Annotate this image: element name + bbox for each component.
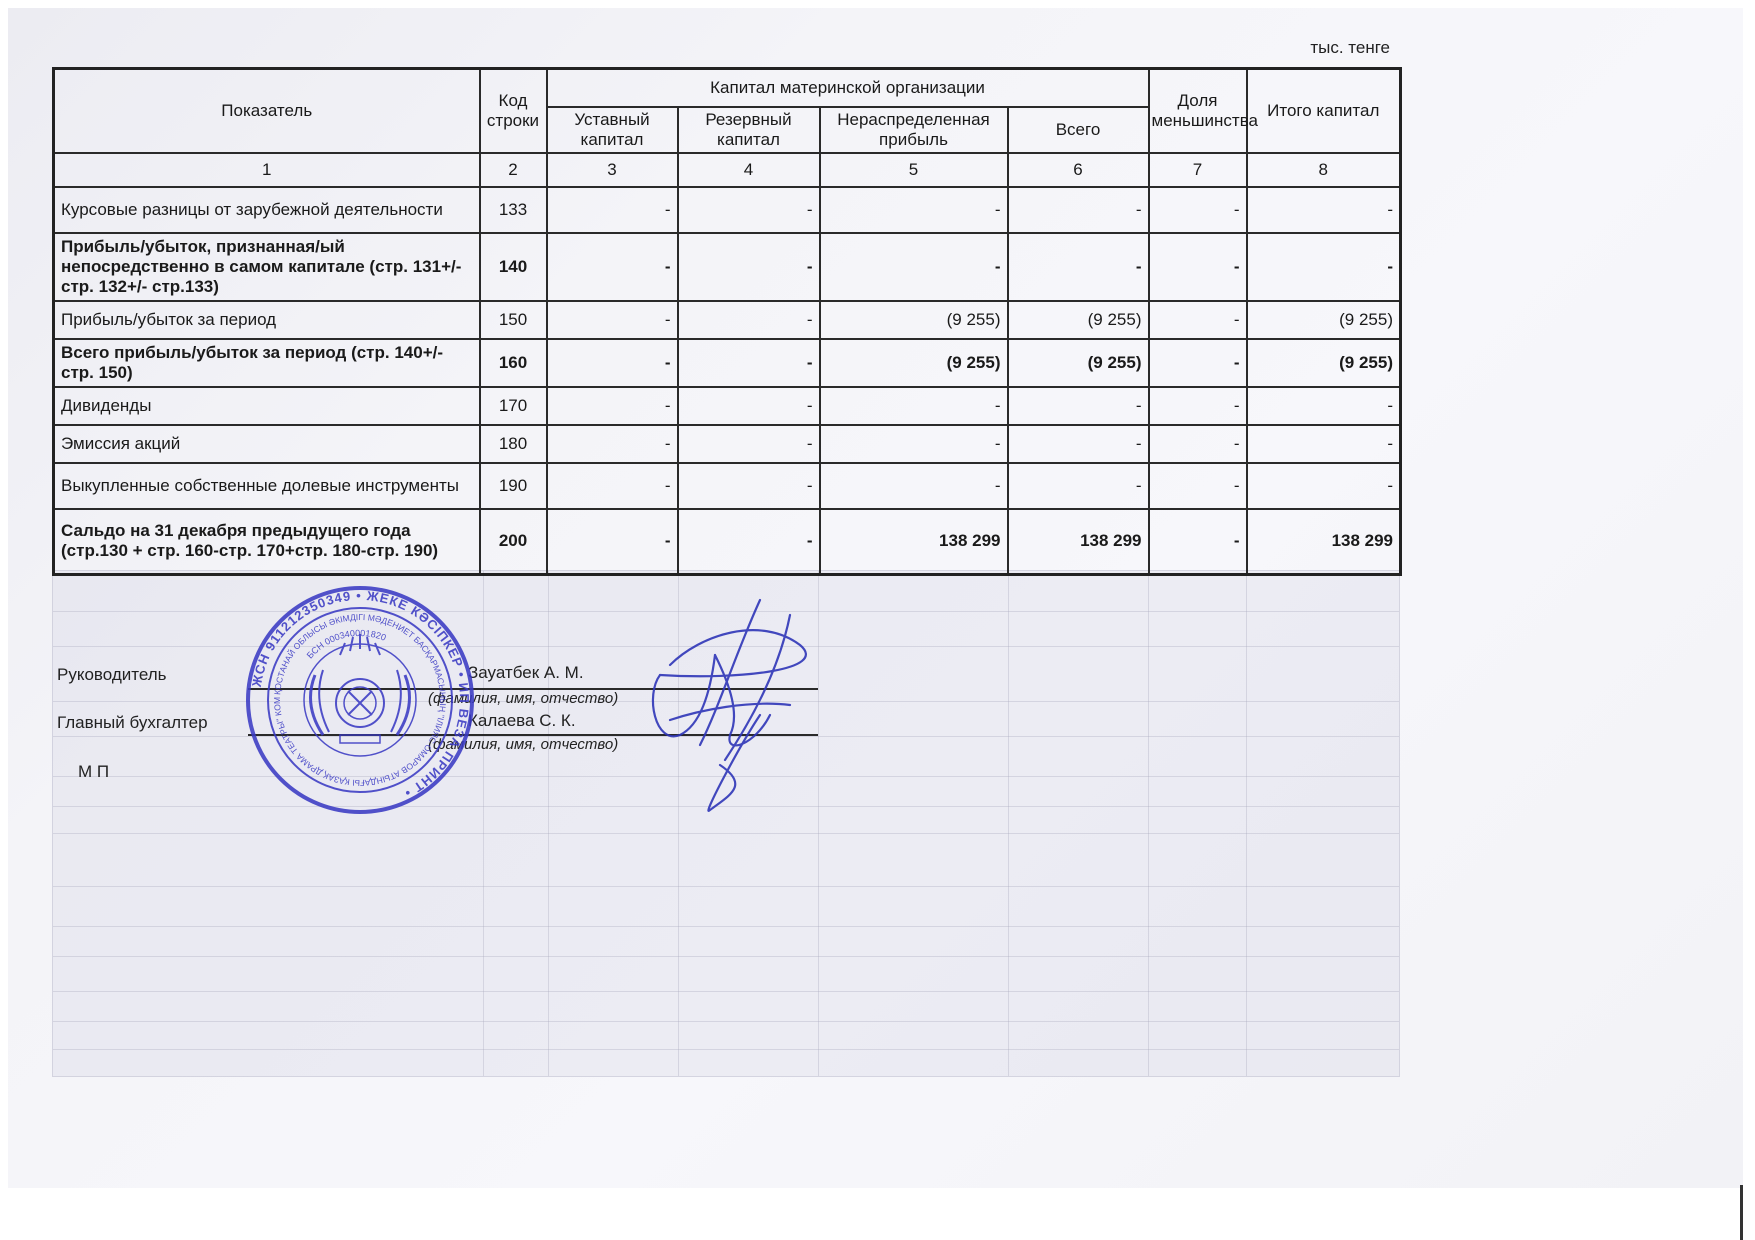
row-code: 190 [480,463,547,509]
row-value: - [1149,233,1247,301]
header-reserve-capital: Резервный капитал [678,107,820,153]
row-value: - [1247,463,1401,509]
header-parent-capital: Капитал материнской организации [547,69,1149,107]
header-charter-capital: Уставный капитал [547,107,678,153]
equity-changes-table: Показатель Код строки Капитал материнско… [52,67,1402,576]
column-number: 1 [54,153,480,187]
row-value: - [678,387,820,425]
table-row: Курсовые разницы от зарубежной деятельно… [54,187,1401,233]
row-value: (9 255) [820,339,1008,387]
header-retained-earnings: Нераспределенная прибыль [820,107,1008,153]
table-row: Всего прибыль/убыток за период (стр. 140… [54,339,1401,387]
row-value: - [1247,187,1401,233]
row-value: (9 255) [1247,339,1401,387]
row-value: - [1247,233,1401,301]
row-value: 138 299 [1008,509,1149,575]
director-name: Зауатбек А. М. [468,663,584,683]
page-edge-mark [1740,1185,1743,1240]
row-value: 138 299 [820,509,1008,575]
row-value: - [1008,425,1149,463]
row-value: - [1247,425,1401,463]
row-value: - [678,509,820,575]
table-row: Сальдо на 31 декабря предыдущего года (с… [54,509,1401,575]
row-value: - [547,463,678,509]
column-number: 6 [1008,153,1149,187]
row-value: - [678,463,820,509]
row-value: - [678,301,820,339]
row-value: - [1149,387,1247,425]
header-indicator: Показатель [54,69,480,153]
row-code: 140 [480,233,547,301]
row-label: Курсовые разницы от зарубежной деятельно… [54,187,480,233]
row-code: 200 [480,509,547,575]
row-value: - [1247,387,1401,425]
row-value: - [547,233,678,301]
row-value: - [678,187,820,233]
chief-accountant-label: Главный бухгалтер [57,713,208,733]
table-row: Прибыль/убыток, признанная/ый непосредст… [54,233,1401,301]
row-label: Сальдо на 31 декабря предыдущего года (с… [54,509,480,575]
row-value: - [820,463,1008,509]
row-value: - [547,301,678,339]
column-number: 8 [1247,153,1401,187]
row-label: Прибыль/убыток за период [54,301,480,339]
row-label: Выкупленные собственные долевые инструме… [54,463,480,509]
table-row: Эмиссия акций180------ [54,425,1401,463]
row-code: 160 [480,339,547,387]
row-value: - [547,425,678,463]
header-total-capital: Итого капитал [1247,69,1401,153]
column-number: 2 [480,153,547,187]
handwritten-signature-icon [640,595,860,825]
row-label: Эмиссия акций [54,425,480,463]
column-number: 5 [820,153,1008,187]
row-value: - [1149,301,1247,339]
row-label: Дивиденды [54,387,480,425]
row-value: - [1008,233,1149,301]
column-number: 7 [1149,153,1247,187]
row-value: - [547,339,678,387]
row-label: Прибыль/убыток, признанная/ый непосредст… [54,233,480,301]
row-code: 133 [480,187,547,233]
row-value: - [547,187,678,233]
row-value: - [1008,187,1149,233]
official-stamp-icon: ЖСН 911212350349 • ЖЕКЕ КӘСІПКЕР • ИП ВЕ… [245,585,475,815]
chief-accountant-name: Калаева С. К. [468,711,576,731]
row-value: - [820,233,1008,301]
row-code: 180 [480,425,547,463]
row-code: 150 [480,301,547,339]
row-value: - [1008,387,1149,425]
row-value: (9 255) [1247,301,1401,339]
row-value: - [1149,463,1247,509]
row-value: - [1149,187,1247,233]
seal-place-label: М П [78,762,109,782]
table-row: Прибыль/убыток за период150--(9 255)(9 2… [54,301,1401,339]
column-number: 3 [547,153,678,187]
row-value: - [1149,425,1247,463]
row-value: - [820,387,1008,425]
row-value: (9 255) [1008,339,1149,387]
row-value: - [820,187,1008,233]
row-value: - [678,339,820,387]
row-value: - [547,509,678,575]
row-value: - [547,387,678,425]
header-total: Всего [1008,107,1149,153]
row-value: - [678,425,820,463]
table-row: Дивиденды170------ [54,387,1401,425]
row-value: - [1149,339,1247,387]
director-label: Руководитель [57,665,167,685]
table-row: Выкупленные собственные долевые инструме… [54,463,1401,509]
row-value: (9 255) [1008,301,1149,339]
column-number: 4 [678,153,820,187]
row-value: - [1008,463,1149,509]
row-code: 170 [480,387,547,425]
row-value: - [1149,509,1247,575]
header-minority-share: Доля меньшинства [1149,69,1247,153]
column-number-row: 1 2 3 4 5 6 7 8 [54,153,1401,187]
row-value: - [678,233,820,301]
row-label: Всего прибыль/убыток за период (стр. 140… [54,339,480,387]
row-value: (9 255) [820,301,1008,339]
header-code: Код строки [480,69,547,153]
row-value: 138 299 [1247,509,1401,575]
row-value: - [820,425,1008,463]
unit-label: тыс. тенге [1290,38,1390,58]
